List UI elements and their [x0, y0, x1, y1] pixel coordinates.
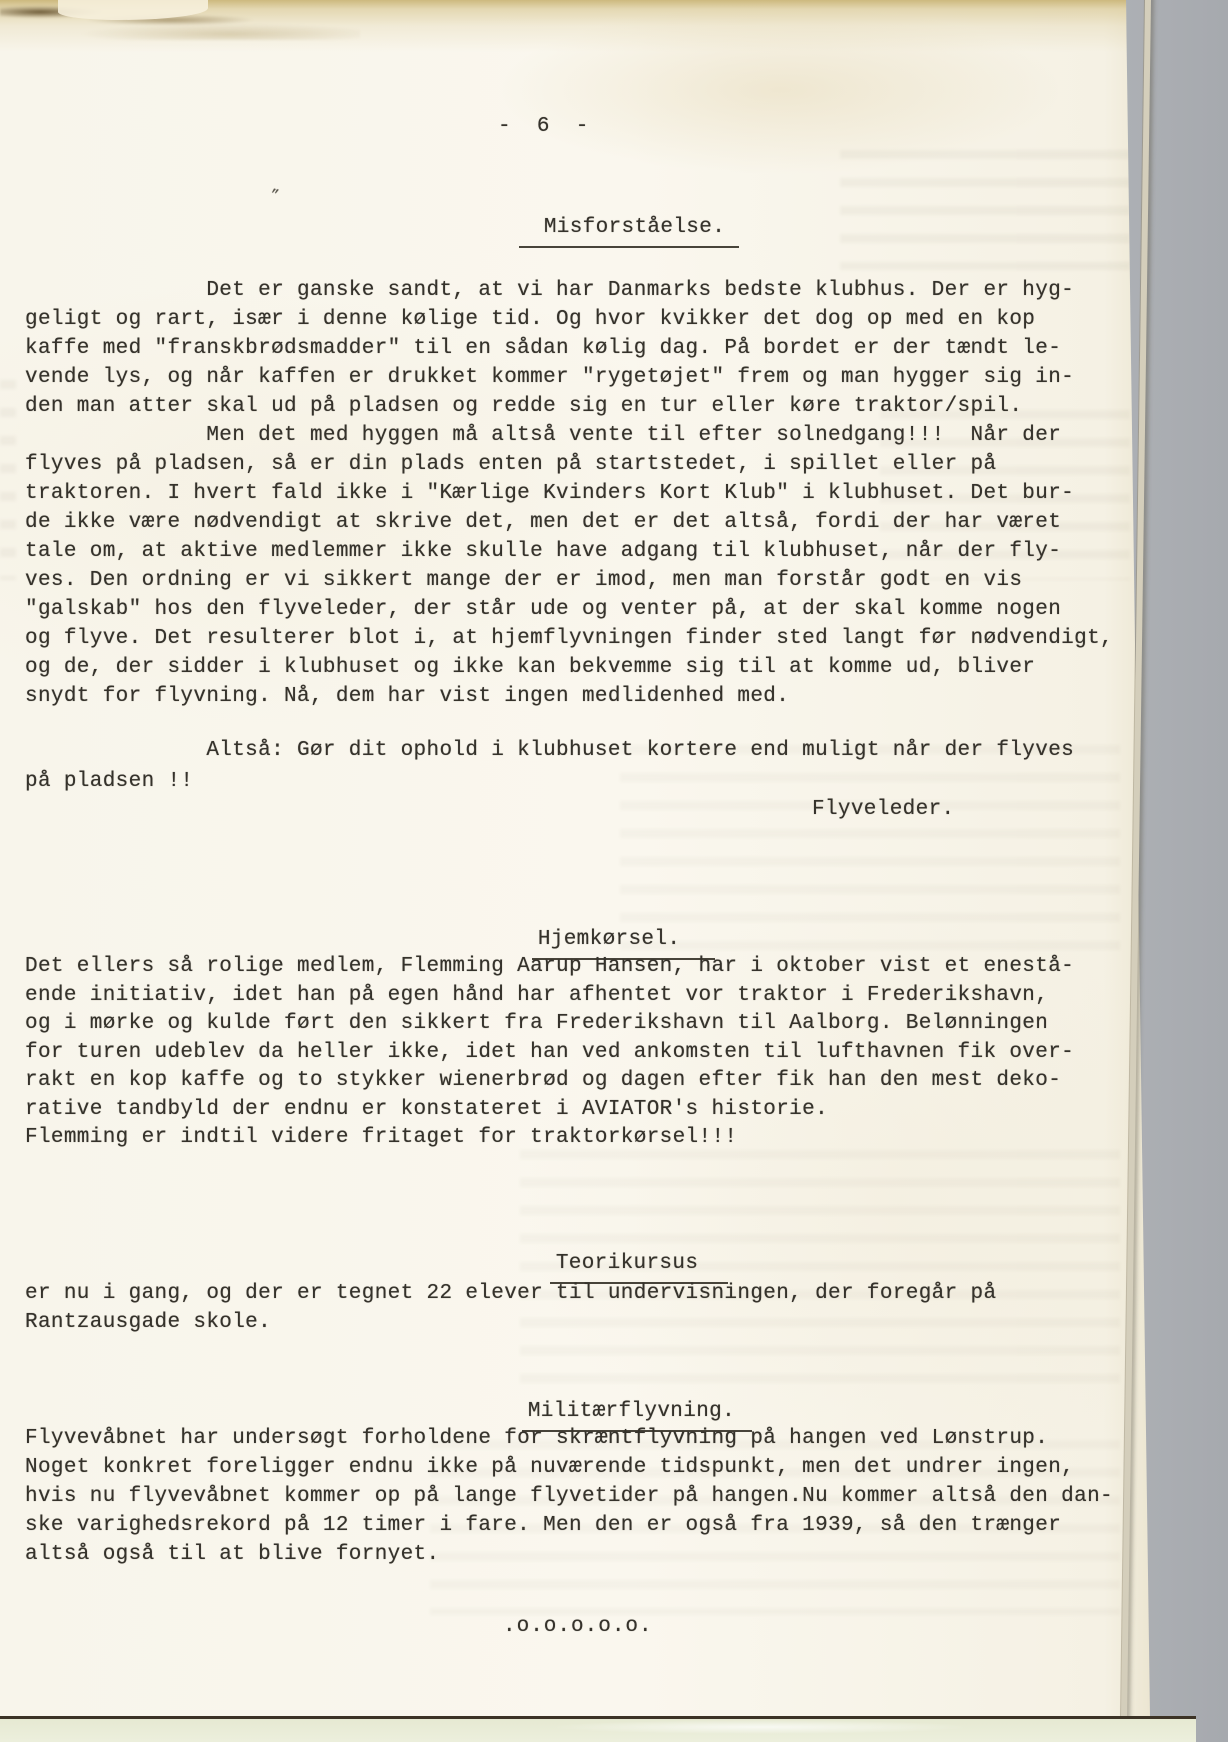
bleed-through: [0, 380, 16, 580]
paragraph-teorikursus: er nu i gang, og der er tegnet 22 elever…: [25, 1279, 996, 1337]
footer-ornament: .o.o.o.o.o.: [503, 1612, 653, 1641]
text-line: ske varighedsrekord på 12 timer i fare. …: [25, 1511, 1113, 1540]
text-line: hvis nu flyvevåbnet kommer op på lange f…: [25, 1482, 1113, 1511]
text-line: for turen udeblev da heller ikke, idet h…: [25, 1039, 1074, 1068]
text-line: geligt og rart, især i denne kølige tid.…: [25, 305, 1113, 334]
text-line: Flemming er indtil videre fritaget for t…: [25, 1124, 1074, 1153]
next-page-sliver: [0, 1716, 1196, 1742]
text-line: Det ellers så rolige medlem, Flemming Aa…: [25, 953, 1074, 982]
paragraph-militaerflyvning: Flyvevåbnet har undersøgt forholdene for…: [25, 1424, 1113, 1569]
paragraph-misforstaaelse: Det er ganske sandt, at vi har Danmarks …: [25, 276, 1113, 711]
text-line: altså også til at blive fornyet.: [25, 1540, 1113, 1569]
scanned-document: { "page": { "number": "- 6 -", "stray_ma…: [0, 0, 1228, 1742]
text-line: "galskab" hos den flyveleder, der står u…: [25, 595, 1113, 624]
text-line: er nu i gang, og der er tegnet 22 elever…: [25, 1279, 996, 1308]
bleed-through: [840, 150, 1130, 270]
text-line: vende lys, og når kaffen er drukket komm…: [25, 363, 1113, 392]
text-line: traktoren. I hvert fald ikke i "Kærlige …: [25, 479, 1113, 508]
page-number: - 6 -: [498, 112, 589, 141]
text-line: de ikke være nødvendigt at skrive det, m…: [25, 508, 1113, 537]
text-line: på pladsen !!: [25, 766, 1074, 797]
text-line: og i mørke og kulde ført den sikkert fra…: [25, 1010, 1074, 1039]
text-line: Flyvevåbnet har undersøgt forholdene for…: [25, 1424, 1113, 1453]
text-line: snydt for flyvning. Nå, dem har vist ing…: [25, 682, 1113, 711]
paper-sheet: - 6 - ” Misforståelse. Det er ganske san…: [0, 0, 1150, 1718]
text-line: den man atter skal ud på pladsen og redd…: [25, 392, 1113, 421]
section-heading-misforstaaelse: Misforståelse.: [467, 184, 739, 277]
text-line: rakt en kop kaffe og to stykker wienerbr…: [25, 1067, 1074, 1096]
paragraph-hjemkoersel: Det ellers så rolige medlem, Flemming Aa…: [25, 953, 1074, 1153]
signature-flyveleder: Flyveleder.: [812, 795, 954, 824]
text-line: Rantzausgade skole.: [25, 1308, 996, 1337]
text-line: Noget konkret foreligger endnu ikke på n…: [25, 1453, 1113, 1482]
text-line: og de, der sidder i klubhuset og ikke ka…: [25, 653, 1113, 682]
text-line: rative tandbyld der endnu er konstateret…: [25, 1096, 1074, 1125]
text-line: ende initiativ, idet han på egen hånd ha…: [25, 982, 1074, 1011]
text-line: kaffe med "franskbrødsmadder" til en såd…: [25, 334, 1113, 363]
heading-text: Misforståelse.: [519, 213, 739, 248]
text-line: ves. Den ordning er vi sikkert mange der…: [25, 566, 1113, 595]
text-line: tale om, at aktive medlemmer ikke skulle…: [25, 537, 1113, 566]
text-line: Altså: Gør dit ophold i klubhuset korter…: [25, 735, 1074, 766]
text-line: Det er ganske sandt, at vi har Danmarks …: [25, 276, 1113, 305]
paragraph-misforstaaelse-closing: Altså: Gør dit ophold i klubhuset korter…: [25, 735, 1074, 797]
text-line: flyves på pladsen, så er din plads enten…: [25, 450, 1113, 479]
text-line: og flyve. Det resulterer blot i, at hjem…: [25, 624, 1113, 653]
stray-mark: ”: [267, 181, 282, 211]
text-line: Men det med hyggen må altså vente til ef…: [25, 421, 1113, 450]
